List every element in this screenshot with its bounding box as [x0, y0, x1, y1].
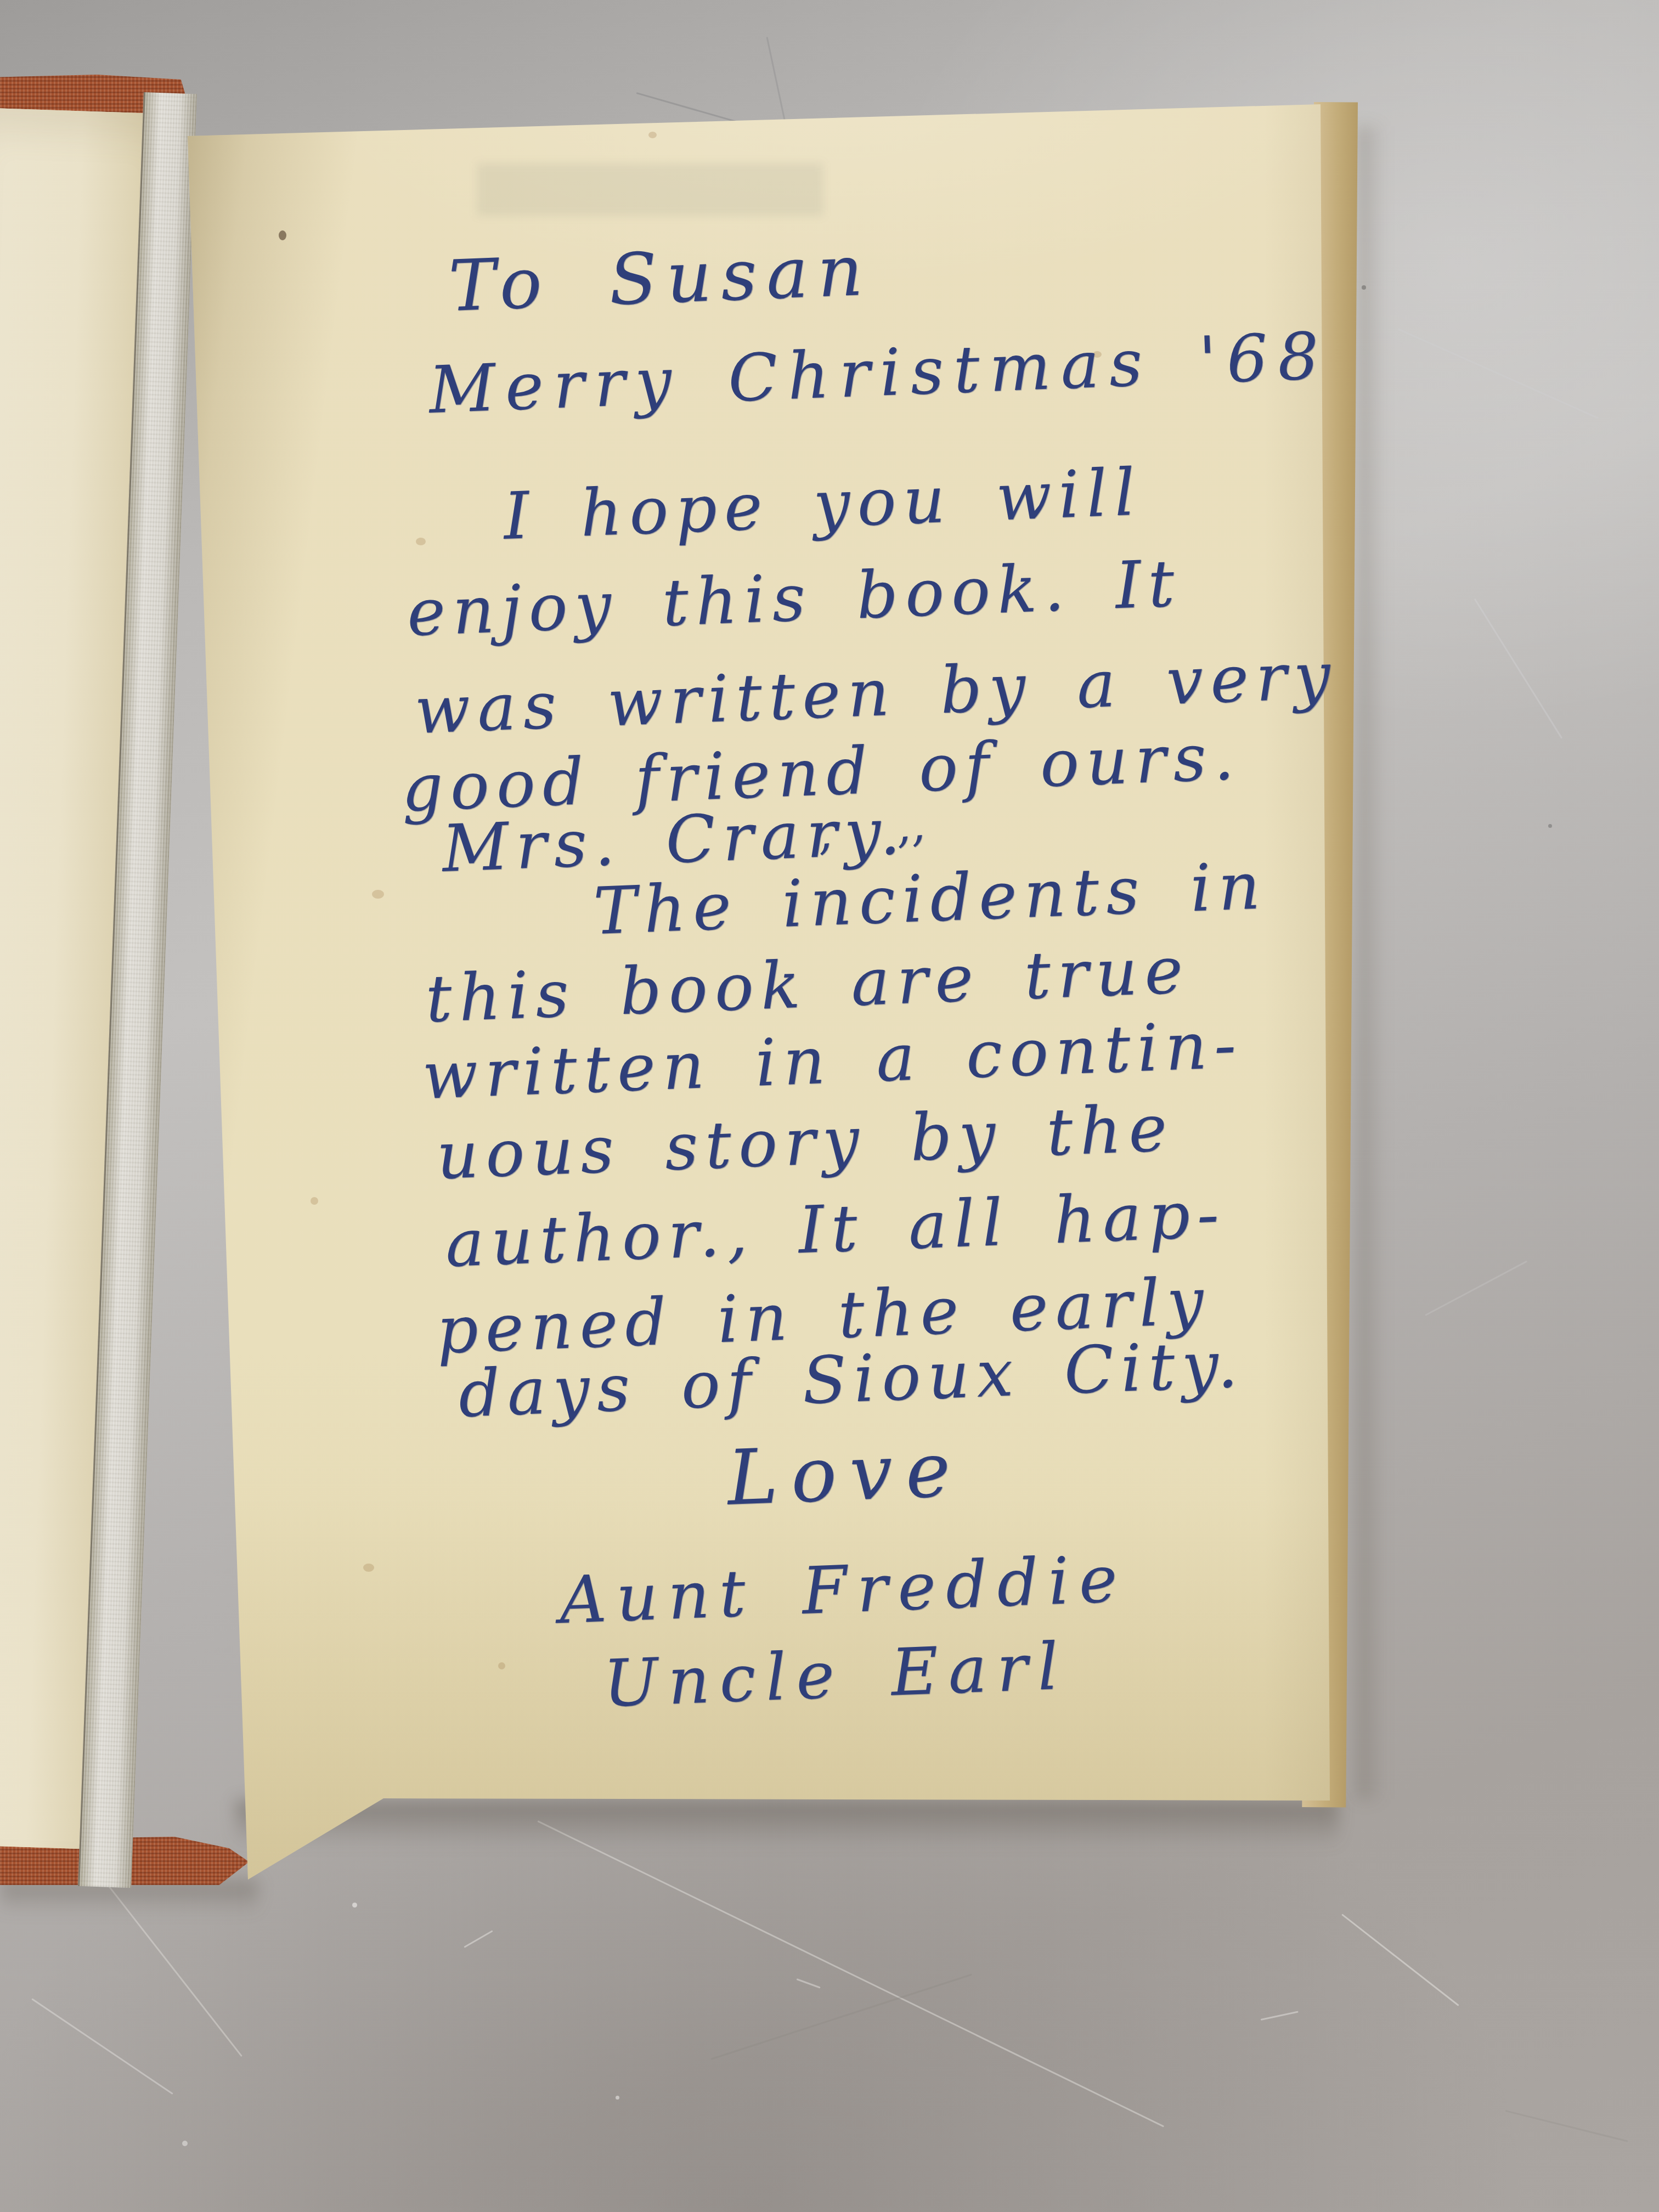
- dust-speck: [616, 2096, 619, 2100]
- scratch-mark: [1261, 2011, 1299, 2020]
- dust-speck: [352, 1903, 357, 1908]
- scratch-mark: [1397, 328, 1599, 419]
- photo-of-open-book: To Susan Merry Christmas '68 I hope you …: [0, 0, 1659, 2212]
- scratch-mark: [1474, 599, 1563, 739]
- scratch-mark: [796, 1978, 820, 1989]
- signature-love: Love: [726, 1425, 965, 1522]
- book-shadow-bottom: [236, 1801, 1339, 1847]
- dust-speck: [1548, 824, 1552, 828]
- dust-speck: [182, 2141, 188, 2146]
- scratch-mark: [711, 1974, 972, 2060]
- scratch-mark: [464, 1930, 493, 1948]
- scratch-mark: [1505, 2110, 1628, 2142]
- scratch-mark: [1341, 1914, 1459, 2006]
- scratch-mark: [1425, 1261, 1527, 1316]
- scratch-mark: [537, 1820, 1164, 2127]
- book-shadow-right: [1357, 126, 1384, 1799]
- inscription-line-to-susan: To Susan: [447, 229, 873, 328]
- scratch-mark: [31, 1998, 173, 2095]
